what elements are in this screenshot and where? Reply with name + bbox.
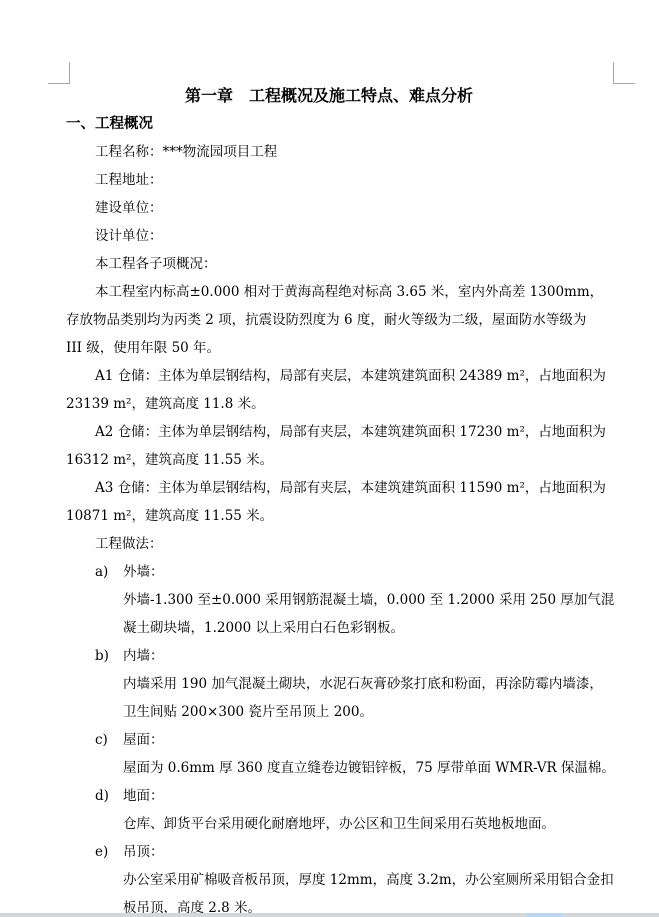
section-heading: 一、工程概况 [66,110,592,138]
text-boundary-mark-top-left [48,62,70,84]
text-line: 外墙-1.300 至±0.000 采用钢筋混凝土墙，0.000 至 1.2000… [66,586,592,614]
text-line: 工程做法： [66,530,592,558]
text-line: 设计单位： [66,222,592,250]
text-line: 内墙采用 190 加气混凝土砌块，水泥石灰膏砂浆打底和粉面，再涂防霉内墙漆， [66,670,592,698]
text-line: A1 仓储：主体为单层钢结构，局部有夹层，本建筑建筑面积 24389 m²，占地… [66,362,592,390]
text-line: III 级，使用年限 50 年。 [66,334,592,362]
text-line: 工程名称：***物流园项目工程 [66,138,592,166]
list-marker: b) [95,642,123,670]
list-label: 内墙： [123,648,164,664]
text-line: c)屋面： [66,726,592,754]
text-line: 23139 m²，建筑高度 11.8 米。 [66,390,592,418]
document-page: 第一章 工程概况及施工特点、难点分析 一、工程概况 工程名称：***物流园项目工… [0,0,659,917]
text-line: 办公室采用矿棉吸音板吊顶，厚度 12mm，高度 3.2m，办公室厕所采用铝合金扣 [66,866,592,894]
text-boundary-mark-top-right [613,62,635,84]
text-line: 凝土砌块墙，1.2000 以上采用白石色彩钢板。 [66,614,592,642]
text-line: 存放物品类别均为丙类 2 项，抗震设防烈度为 6 度，耐火等级为二级，屋面防水等… [66,306,592,334]
text-line: 本工程室内标高±0.000 相对于黄海高程绝对标高 3.65 米，室内外高差 1… [66,278,592,306]
text-line: 10871 m²，建筑高度 11.55 米。 [66,502,592,530]
list-marker: e) [95,838,123,866]
text-line: 屋面为 0.6mm 厚 360 度直立缝卷边镀铝锌板，75 厚带单面 WMR-V… [66,754,592,782]
text-line: 仓库、卸货平台采用硬化耐磨地坪，办公区和卫生间采用石英地板地面。 [66,810,592,838]
list-label: 地面： [123,788,164,804]
text-line: b)内墙： [66,642,592,670]
text-line: 16312 m²，建筑高度 11.55 米。 [66,446,592,474]
text-line: 工程地址： [66,166,592,194]
list-marker: c) [95,726,123,754]
text-line: A2 仓储：主体为单层钢结构，局部有夹层，本建筑建筑面积 17230 m²，占地… [66,418,592,446]
document-lines: 工程名称：***物流园项目工程工程地址：建设单位：设计单位：本工程各子项概况：本… [66,138,592,917]
text-line: d)地面： [66,782,592,810]
text-line: 本工程各子项概况： [66,250,592,278]
list-marker: d) [95,782,123,810]
list-marker: a) [95,558,123,586]
text-line: 建设单位： [66,194,592,222]
bottom-edge-accent [525,913,563,917]
list-label: 屋面： [123,732,164,748]
document-content: 第一章 工程概况及施工特点、难点分析 一、工程概况 工程名称：***物流园项目工… [66,82,592,917]
text-line: 卫生间贴 200×300 瓷片至吊顶上 200。 [66,698,592,726]
bottom-edge-bar [0,913,659,917]
chapter-title: 第一章 工程概况及施工特点、难点分析 [66,82,592,110]
text-line: a)外墙： [66,558,592,586]
list-label: 外墙： [123,564,164,580]
text-line: e)吊顶： [66,838,592,866]
list-label: 吊顶： [123,844,164,860]
text-line: A3 仓储：主体为单层钢结构，局部有夹层，本建筑建筑面积 11590 m²，占地… [66,474,592,502]
